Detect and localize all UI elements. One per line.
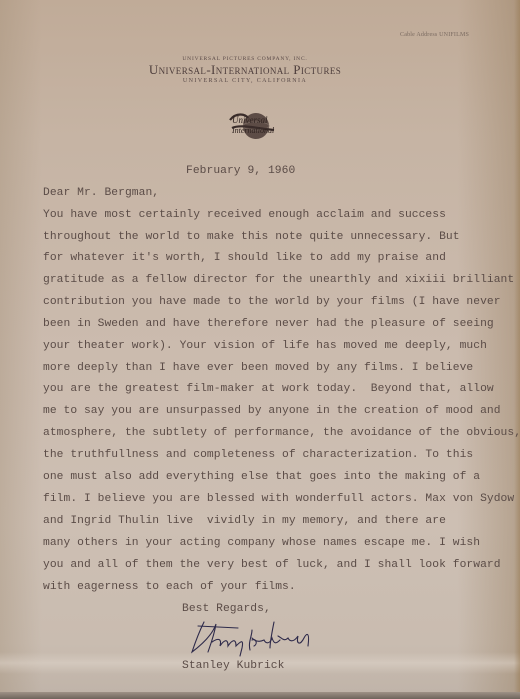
body-line: with eagerness to each of your films.	[43, 581, 296, 593]
letter-date: February 9, 1960	[186, 165, 295, 177]
body-line: you and all of them the very best of luc…	[43, 559, 501, 571]
body-line: film. I believe you are blessed with won…	[43, 493, 514, 505]
closing: Best Regards,	[182, 603, 271, 615]
typed-signature-name: Stanley Kubrick	[182, 660, 284, 672]
body-line: the truthfullness and completeness of ch…	[43, 449, 473, 461]
paper-right-edge	[514, 0, 520, 699]
body-line: you are the greatest film-maker at work …	[43, 383, 494, 395]
cable-address: Cable Address UNIFILMS	[400, 32, 469, 38]
body-line: many others in your acting company whose…	[43, 537, 480, 549]
body-line: throughout the world to make this note q…	[43, 231, 460, 243]
svg-text:Universal: Universal	[232, 115, 268, 125]
svg-text:International: International	[231, 126, 275, 135]
body-line: You have most certainly received enough …	[43, 209, 446, 221]
body-line: me to say you are unsurpassed by anyone …	[43, 405, 501, 417]
paper-bottom-edge	[0, 692, 520, 699]
body-line: been in Sweden and have therefore never …	[43, 318, 494, 330]
salutation: Dear Mr. Bergman,	[43, 187, 159, 199]
body-line: more deeply than I have ever been moved …	[43, 362, 473, 374]
body-line: and Ingrid Thulin live vividly in my mem…	[43, 515, 446, 527]
handwritten-signature	[190, 616, 340, 658]
body-line: gratitude as a fellow director for the u…	[43, 274, 514, 286]
body-line: your theater work). Your vision of life …	[43, 340, 487, 352]
body-line: atmosphere, the subtlety of performance,…	[43, 427, 520, 439]
letterhead: Universal Pictures Company, Inc. Univers…	[130, 55, 360, 86]
universal-globe-logo-icon: Universal International	[226, 108, 282, 142]
letterhead-name: Universal-International Pictures	[130, 63, 360, 77]
body-line: one must also add everything else that g…	[43, 471, 480, 483]
letterhead-city: Universal City, California	[130, 77, 360, 86]
body-line: contribution you have made to the world …	[43, 296, 501, 308]
body-line: for whatever it's worth, I should like t…	[43, 252, 446, 264]
